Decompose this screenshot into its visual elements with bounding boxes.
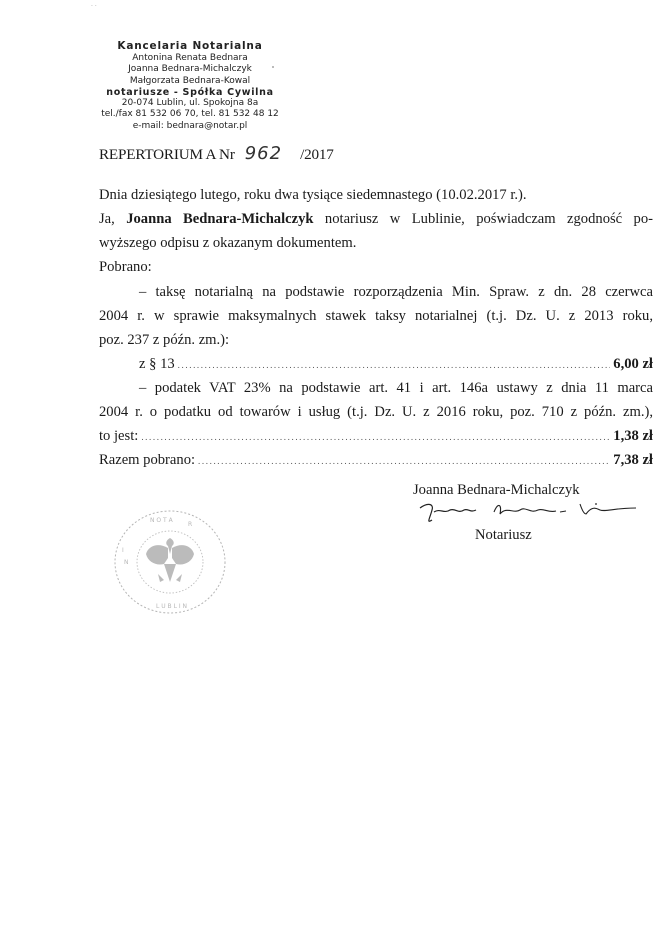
vat-item-amount: 1,38 zł: [613, 428, 653, 445]
svg-text:N: N: [124, 559, 129, 566]
office-letterhead: Kancelaria Notarialna Antonina Renata Be…: [80, 40, 300, 132]
handwritten-signature: [410, 496, 640, 526]
fee-basis-line-3: poz. 237 z późn. zm.):: [99, 332, 653, 349]
vat-basis-line-1: – podatek VAT 23% na podstawie art. 41 i…: [99, 380, 653, 397]
vat-basis-line-2: 2004 r. o podatku od towarów i usług (t.…: [99, 404, 653, 421]
svg-text:I: I: [122, 547, 124, 554]
repertorium-number: REPERTORIUM A Nr962/2017: [99, 143, 334, 164]
vat-item-label: to jest:: [99, 428, 138, 445]
eagle-emblem-icon: [146, 538, 194, 582]
svg-text:L U B L I N: L U B L I N: [156, 603, 187, 610]
partnership-name: notariusze - Spółka Cywilna: [80, 87, 300, 98]
notary-name-2: Joanna Bednara-Michalczyk: [80, 64, 300, 75]
repertorium-year: /2017: [300, 146, 334, 163]
certification-prefix: Ja,: [99, 211, 126, 227]
svg-text:N O T A: N O T A: [150, 517, 174, 524]
total-label: Razem pobrano:: [99, 452, 195, 469]
certification-suffix: notariusz w Lublinie, poświadczam zgodno…: [314, 211, 653, 227]
fee-item-row: z § 13 .................................…: [99, 356, 653, 373]
certification-line-1: Ja, Joanna Bednara-Michalczyk notariusz …: [99, 211, 653, 228]
office-phone: tel./fax 81 532 06 70, tel. 81 532 48 12: [80, 109, 300, 120]
notary-seal-stamp: N O T A R I N L U B L I N: [112, 508, 228, 616]
fee-basis-line-2: 2004 r. w sprawie maksymalnych stawek ta…: [99, 308, 653, 325]
svg-text:R: R: [188, 521, 192, 528]
repertorium-handwritten-number: 962: [245, 143, 282, 164]
leader-dots: ........................................…: [178, 360, 611, 370]
notary-name-3: Małgorzata Bednara-Kowal: [80, 76, 300, 87]
vat-item-row: to jest: ...............................…: [99, 428, 653, 445]
notary-name-1: Antonina Renata Bednara: [80, 53, 300, 64]
notary-name-bold: Joanna Bednara-Michalczyk: [126, 211, 313, 227]
scan-artifact: · ·: [91, 3, 97, 10]
total-row: Razem pobrano: .........................…: [99, 452, 653, 469]
total-amount: 7,38 zł: [613, 452, 653, 469]
repertorium-label: REPERTORIUM A Nr: [99, 146, 235, 163]
office-email: e-mail: bednara@notar.pl: [80, 121, 300, 132]
fee-item-label: z § 13: [139, 356, 175, 373]
fee-item-amount: 6,00 zł: [613, 356, 653, 373]
scan-speck: [272, 66, 274, 68]
notarial-document-page: · · Kancelaria Notarialna Antonina Renat…: [0, 0, 665, 946]
certification-line-2: wyższego odpisu z okazanym dokumentem.: [99, 235, 653, 252]
leader-dots: ........................................…: [141, 432, 610, 442]
office-address: 20-074 Lublin, ul. Spokojna 8a: [80, 98, 300, 109]
date-line: Dnia dziesiątego lutego, roku dwa tysiąc…: [99, 187, 653, 204]
office-name: Kancelaria Notarialna: [80, 40, 300, 53]
fee-basis-line-1: – taksę notarialną na podstawie rozporzą…: [99, 284, 653, 301]
signatory-title: Notariusz: [475, 527, 532, 544]
leader-dots: ........................................…: [198, 456, 610, 466]
collected-label: Pobrano:: [99, 259, 653, 276]
